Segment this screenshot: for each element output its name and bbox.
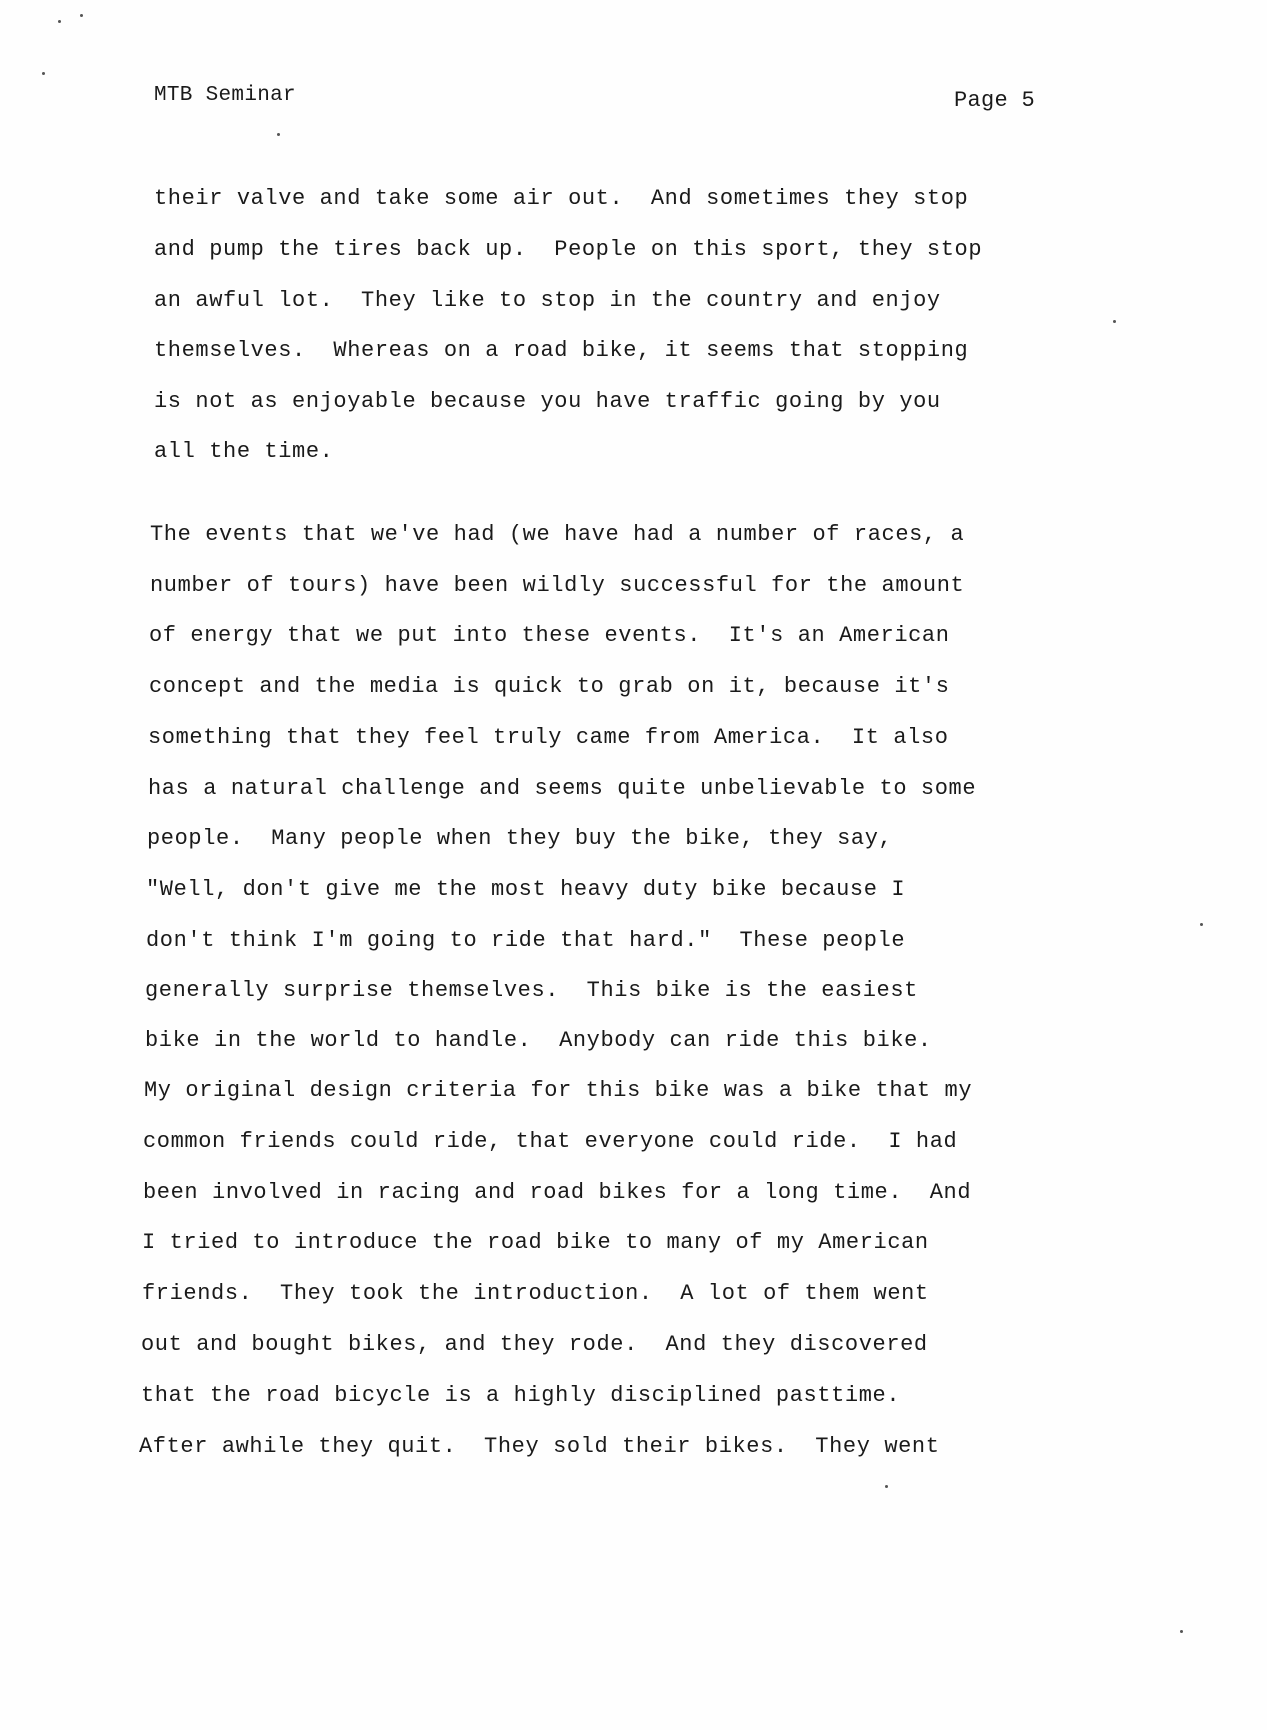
text-line: and pump the tires back up. People on th…: [154, 237, 982, 262]
text-line: has a natural challenge and seems quite …: [148, 776, 976, 801]
text-line: generally surprise themselves. This bike…: [145, 978, 918, 1003]
text-line: out and bought bikes, and they rode. And…: [141, 1332, 928, 1357]
scan-speck: [42, 72, 45, 75]
text-line: people. Many people when they buy the bi…: [147, 826, 892, 851]
text-line: is not as enjoyable because you have tra…: [154, 389, 941, 414]
text-line: My original design criteria for this bik…: [144, 1078, 972, 1103]
text-line: their valve and take some air out. And s…: [154, 186, 968, 211]
scan-speck: [1113, 320, 1116, 323]
text-line: don't think I'm going to ride that hard.…: [146, 928, 905, 953]
text-line: The events that we've had (we have had a…: [150, 522, 964, 547]
document-page: MTB Seminar Page 5 their valve and take …: [0, 0, 1267, 1730]
text-line: themselves. Whereas on a road bike, it s…: [154, 338, 968, 363]
text-line: concept and the media is quick to grab o…: [149, 674, 950, 699]
scan-speck: [1180, 1630, 1183, 1633]
text-line: common friends could ride, that everyone…: [143, 1129, 957, 1154]
text-line: been involved in racing and road bikes f…: [143, 1180, 971, 1205]
text-line: an awful lot. They like to stop in the c…: [154, 288, 941, 313]
page-number: Page 5: [954, 88, 1035, 113]
text-line: bike in the world to handle. Anybody can…: [145, 1028, 932, 1053]
text-line: something that they feel truly came from…: [148, 725, 949, 750]
scan-speck: [277, 133, 280, 136]
text-line: of energy that we put into these events.…: [149, 623, 950, 648]
text-line: I tried to introduce the road bike to ma…: [142, 1230, 929, 1255]
scan-speck: [1200, 923, 1203, 926]
scan-speck: [80, 14, 83, 17]
text-line: that the road bicycle is a highly discip…: [141, 1383, 900, 1408]
text-line: all the time.: [154, 439, 333, 464]
document-title: MTB Seminar: [154, 84, 296, 107]
text-line: number of tours) have been wildly succes…: [150, 573, 964, 598]
scan-speck: [885, 1485, 888, 1488]
text-line: After awhile they quit. They sold their …: [139, 1434, 940, 1459]
text-line: friends. They took the introduction. A l…: [142, 1281, 929, 1306]
text-line: "Well, don't give me the most heavy duty…: [146, 877, 905, 902]
scan-speck: [58, 20, 61, 23]
